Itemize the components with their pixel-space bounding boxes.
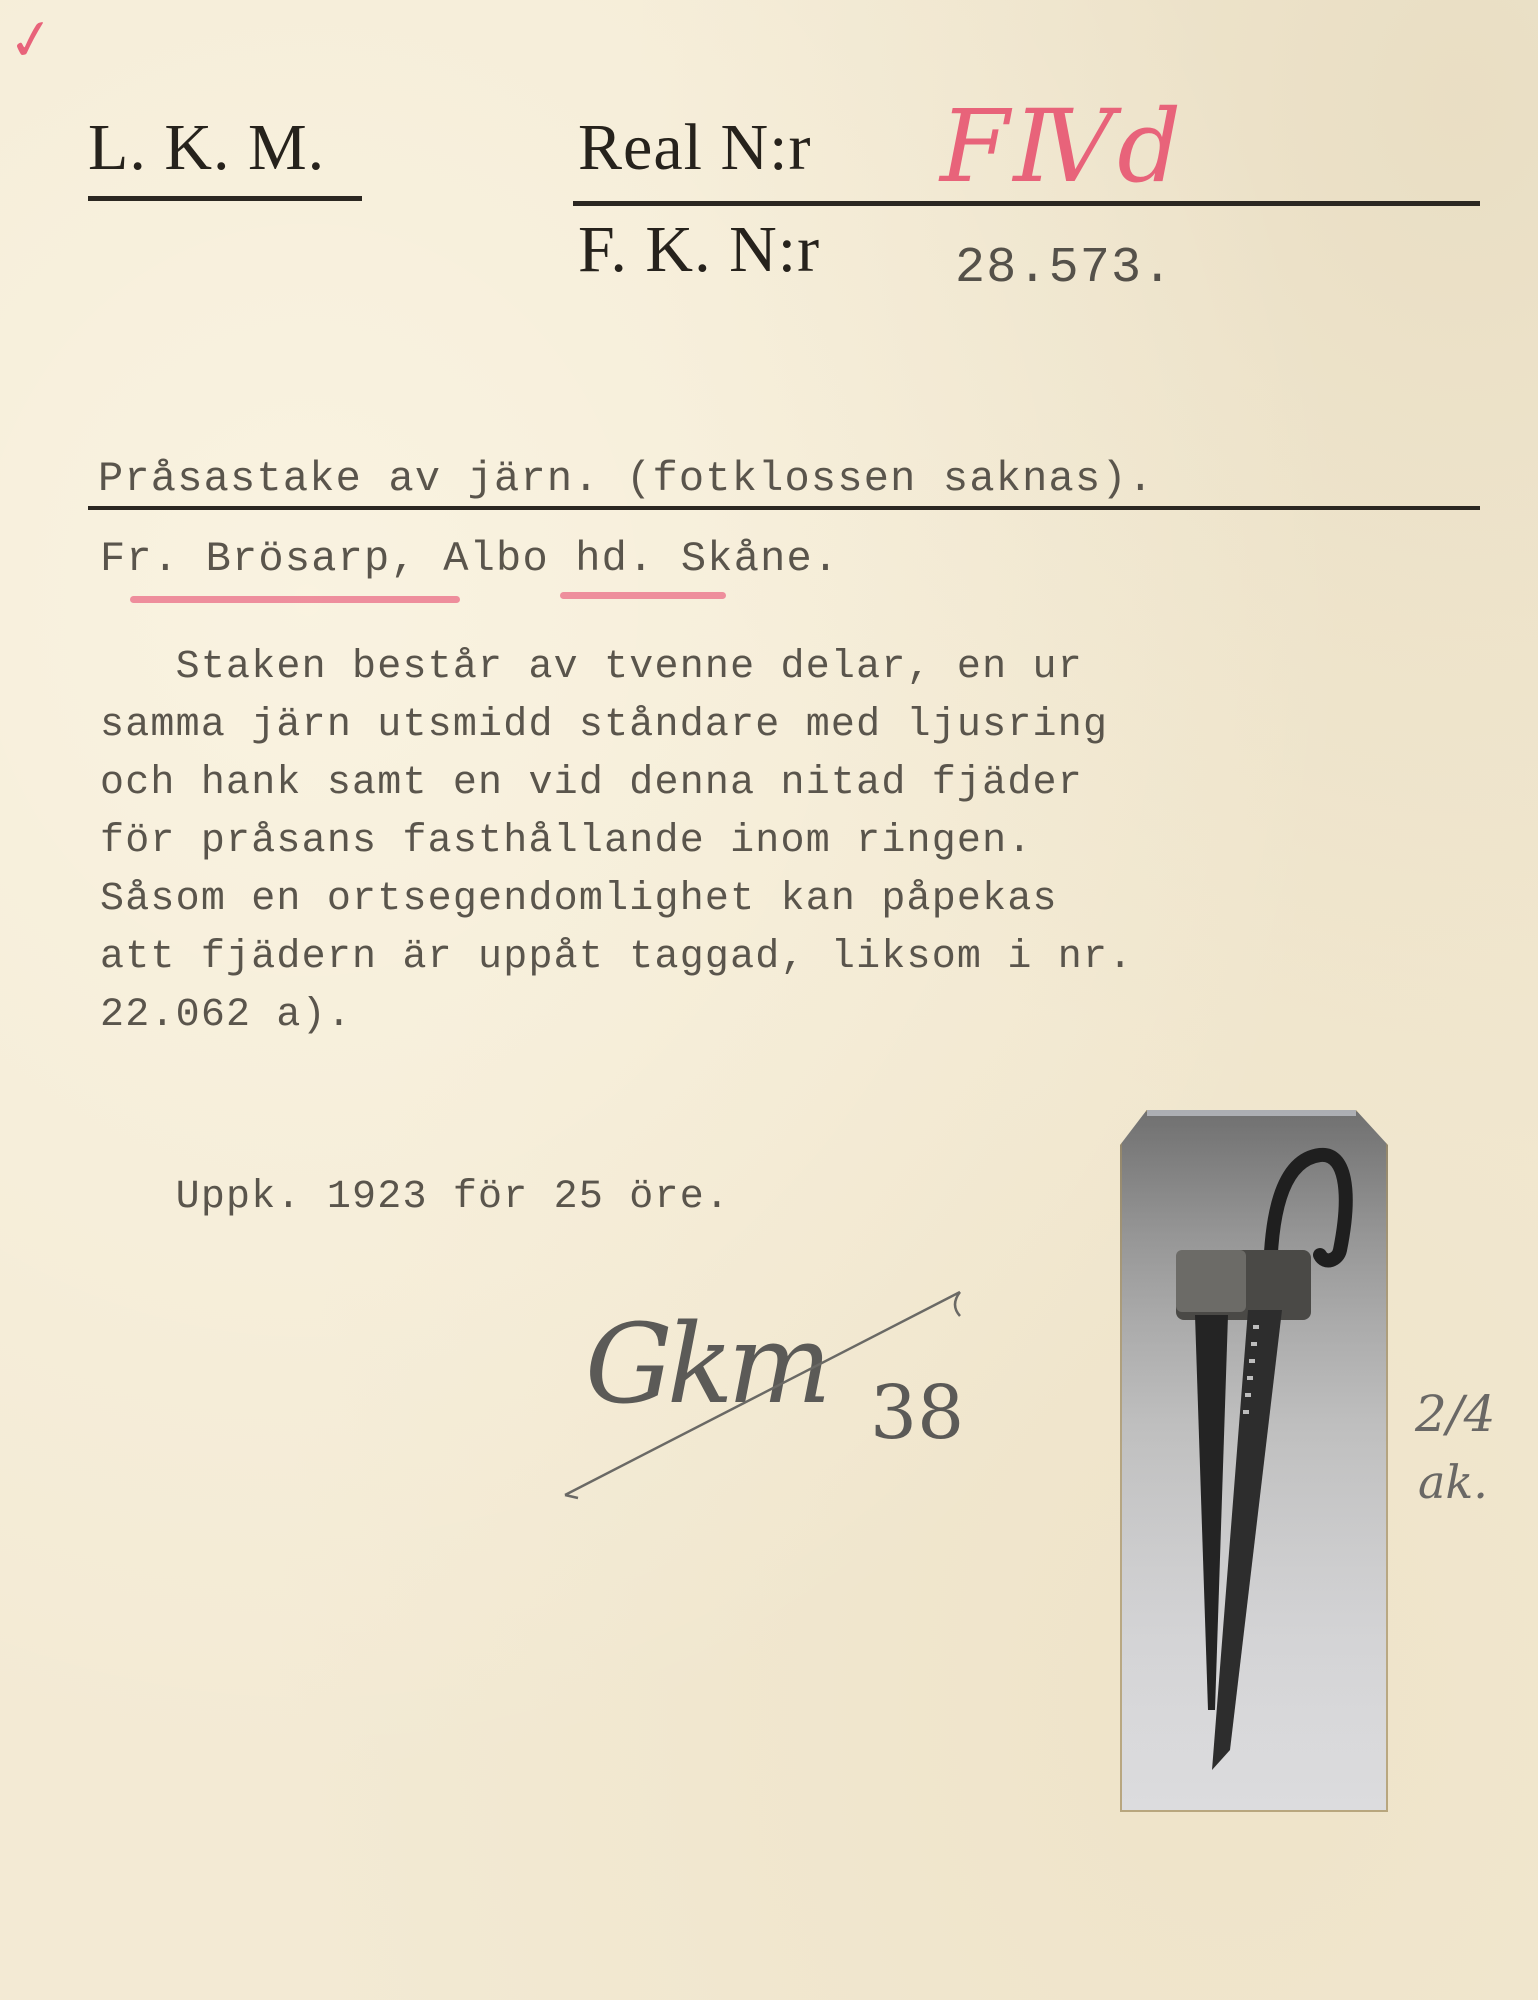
object-photo <box>1120 1110 1388 1812</box>
institution-underline <box>88 196 362 201</box>
description-line: och hank samt en vid denna nitad fjäder <box>100 761 1133 819</box>
fk-nr-label: F. K. N:r <box>578 212 820 288</box>
description-line: att fjädern är uppåt taggad, liksom i nr… <box>100 935 1133 993</box>
provenance-line: Fr. Brösarp, Albo hd. Skåne. <box>100 535 839 583</box>
signature-stroke-icon <box>550 1280 990 1510</box>
description-paragraph: Staken består av tvenne delar, en ur sam… <box>100 645 1133 1051</box>
rushlight-holder-icon <box>1120 1110 1388 1812</box>
institution-label: L. K. M. <box>88 110 325 186</box>
description-line: Såsom en ortsegendomlighet kan påpekas <box>100 877 1133 935</box>
red-underline-brosarp <box>130 596 460 603</box>
description-line: för pråsans fasthållande inom ringen. <box>100 819 1133 877</box>
red-underline-albo <box>560 592 726 599</box>
description-line: 22.062 a). <box>100 993 1133 1051</box>
title-rule <box>88 506 1480 510</box>
description-line: Staken består av tvenne delar, en ur <box>100 645 1133 703</box>
fk-nr-value: 28.573. <box>955 240 1173 297</box>
real-nr-label: Real N:r <box>578 110 811 186</box>
photo-scale-annotation: 2/4 <box>1415 1385 1495 1443</box>
description-line: samma järn utsmidd ståndare med ljusring <box>100 703 1133 761</box>
acquisition-line: Uppk. 1923 för 25 öre. <box>100 1175 730 1220</box>
real-nr-value: FⅣd <box>940 88 1185 205</box>
object-title: Pråsastake av järn. (fotklossen saknas). <box>98 455 1154 503</box>
photo-note-annotation: ak. <box>1418 1455 1488 1509</box>
red-check-mark-icon: ✓ <box>4 5 60 76</box>
header-rule <box>573 201 1480 206</box>
